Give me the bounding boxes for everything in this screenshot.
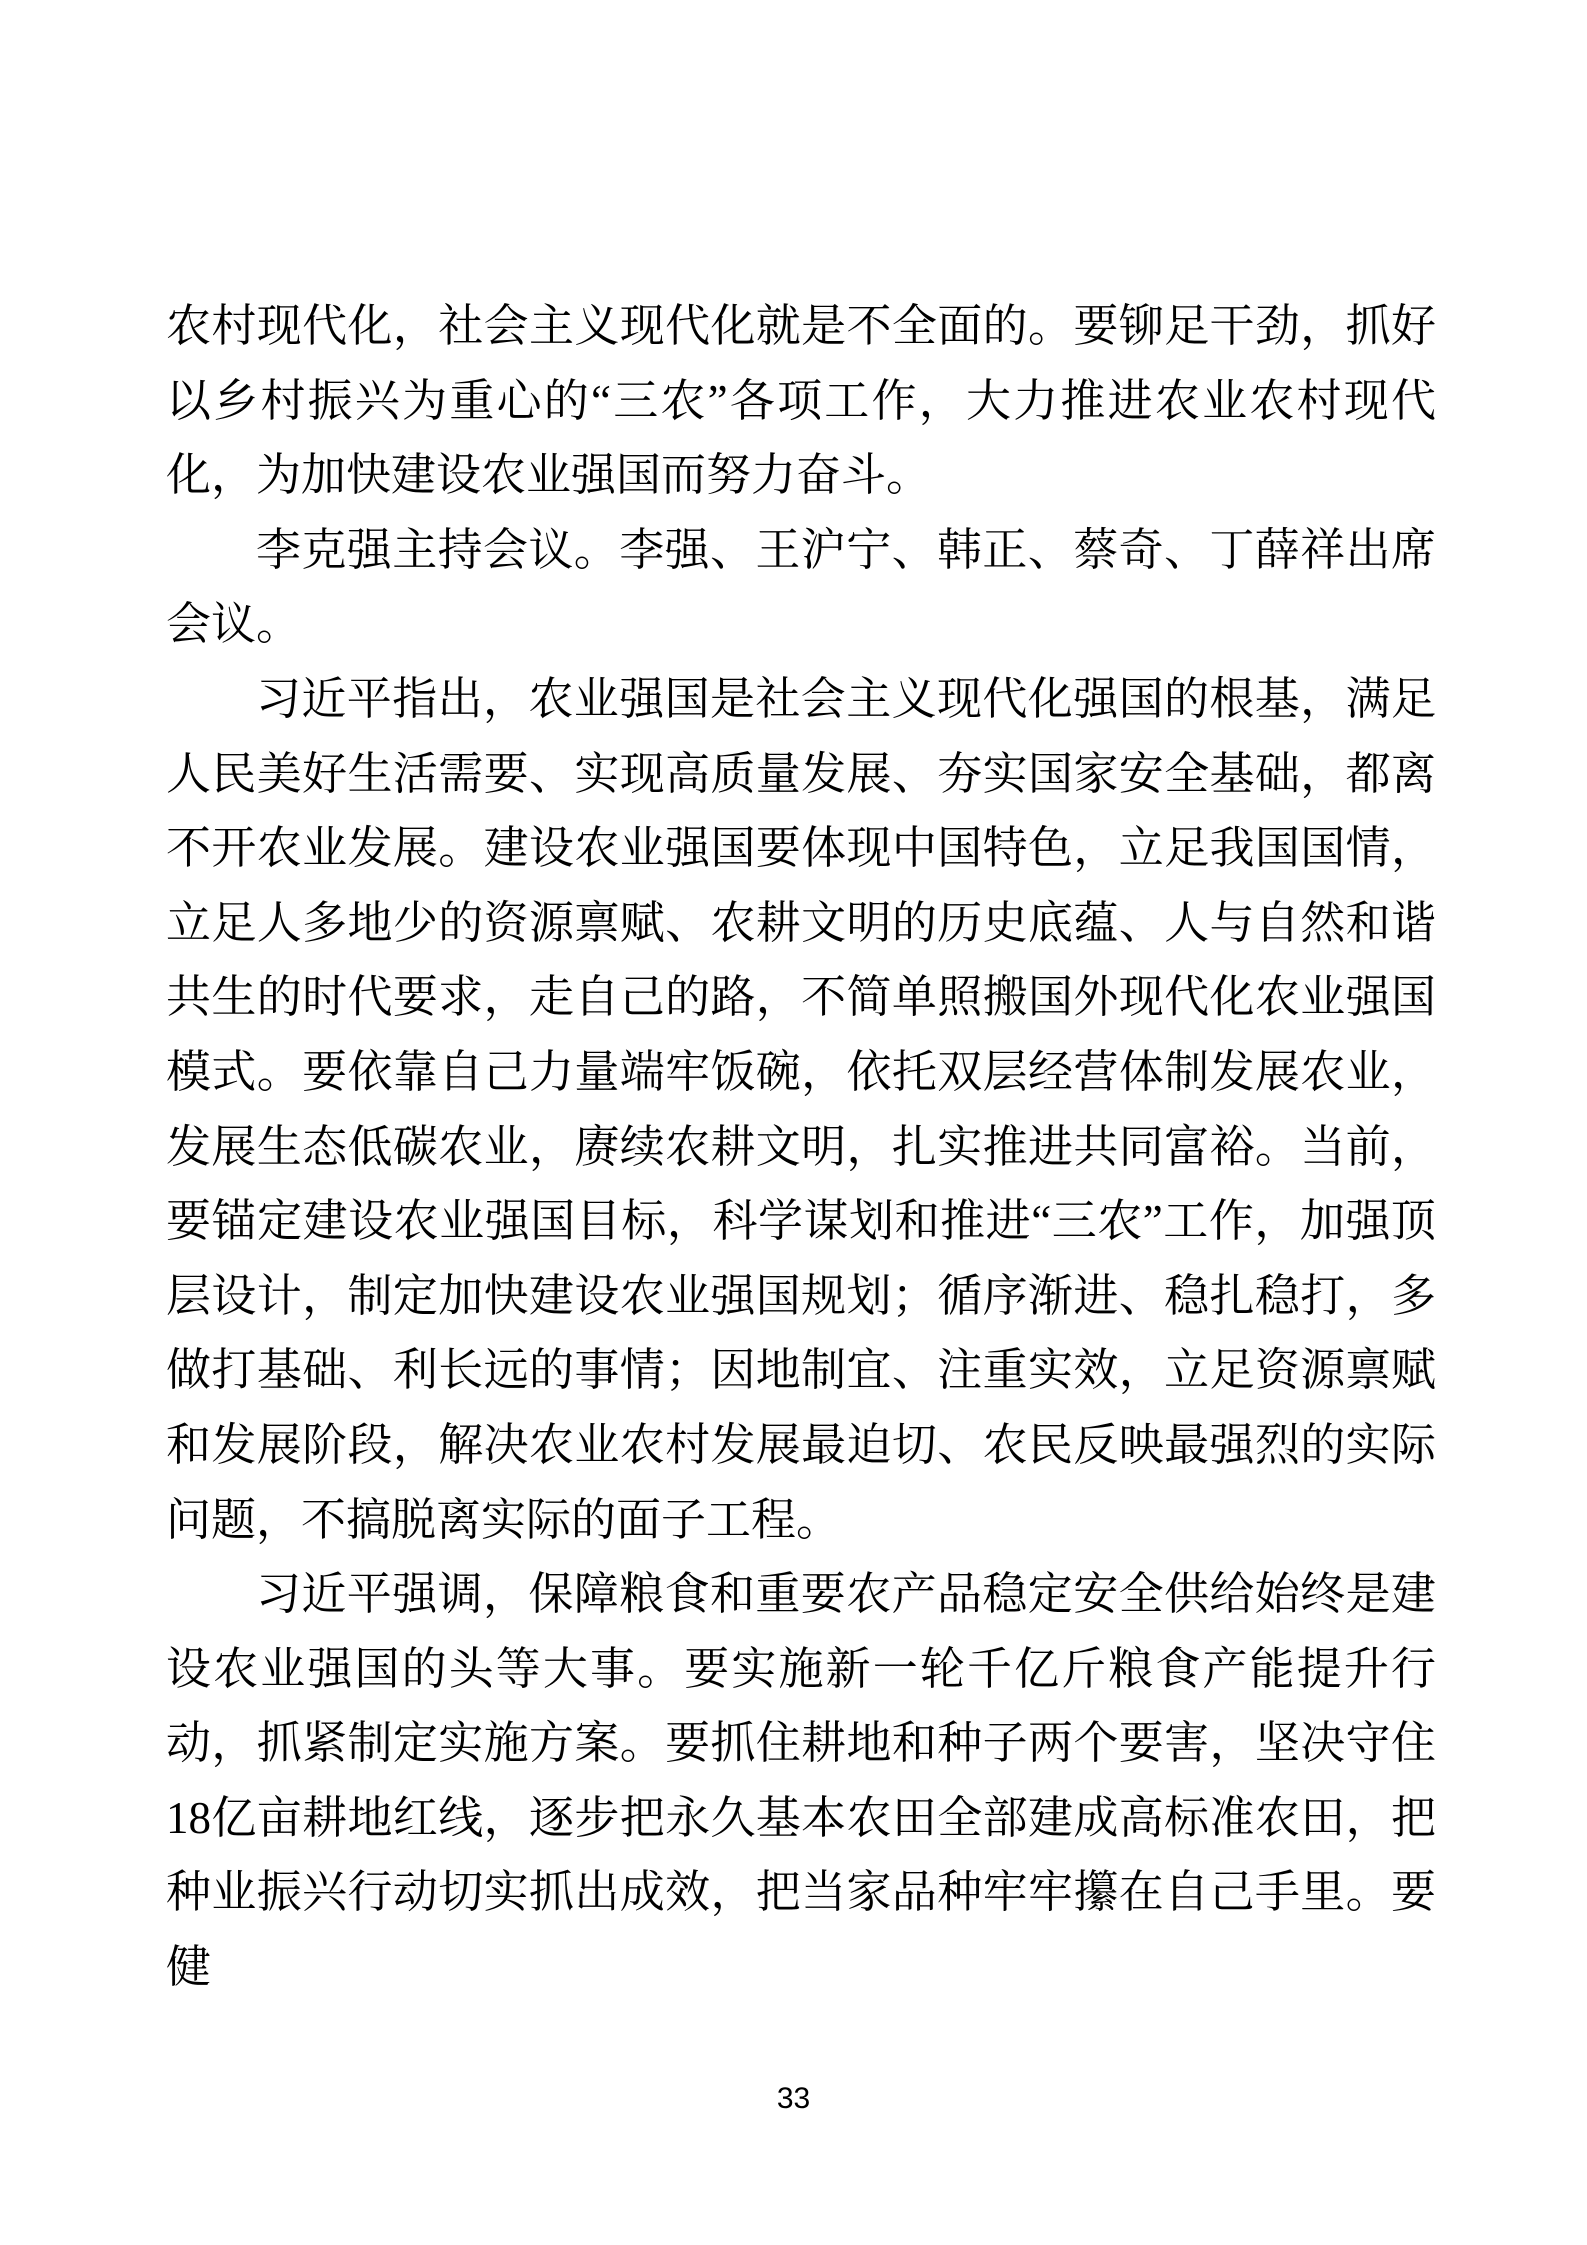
paragraph-continuation: 农村现代化，社会主义现代化就是不全面的。要铆足干劲，抓好以乡村振兴为重心的“三农…	[166, 289, 1436, 513]
paragraph: 习近平强调，保障粮食和重要农产品稳定安全供给始终是建设农业强国的头等大事。要实施…	[166, 1557, 1436, 2005]
document-page: 农村现代化，社会主义现代化就是不全面的。要铆足干劲，抓好以乡村振兴为重心的“三农…	[0, 0, 1587, 2245]
paragraph: 习近平指出，农业强国是社会主义现代化强国的根基，满足人民美好生活需要、实现高质量…	[166, 662, 1436, 1557]
document-body: 农村现代化，社会主义现代化就是不全面的。要铆足干劲，抓好以乡村振兴为重心的“三农…	[166, 289, 1436, 2005]
paragraph: 李克强主持会议。李强、王沪宁、韩正、蔡奇、丁薛祥出席会议。	[166, 513, 1436, 662]
page-number: 33	[0, 2083, 1587, 2115]
